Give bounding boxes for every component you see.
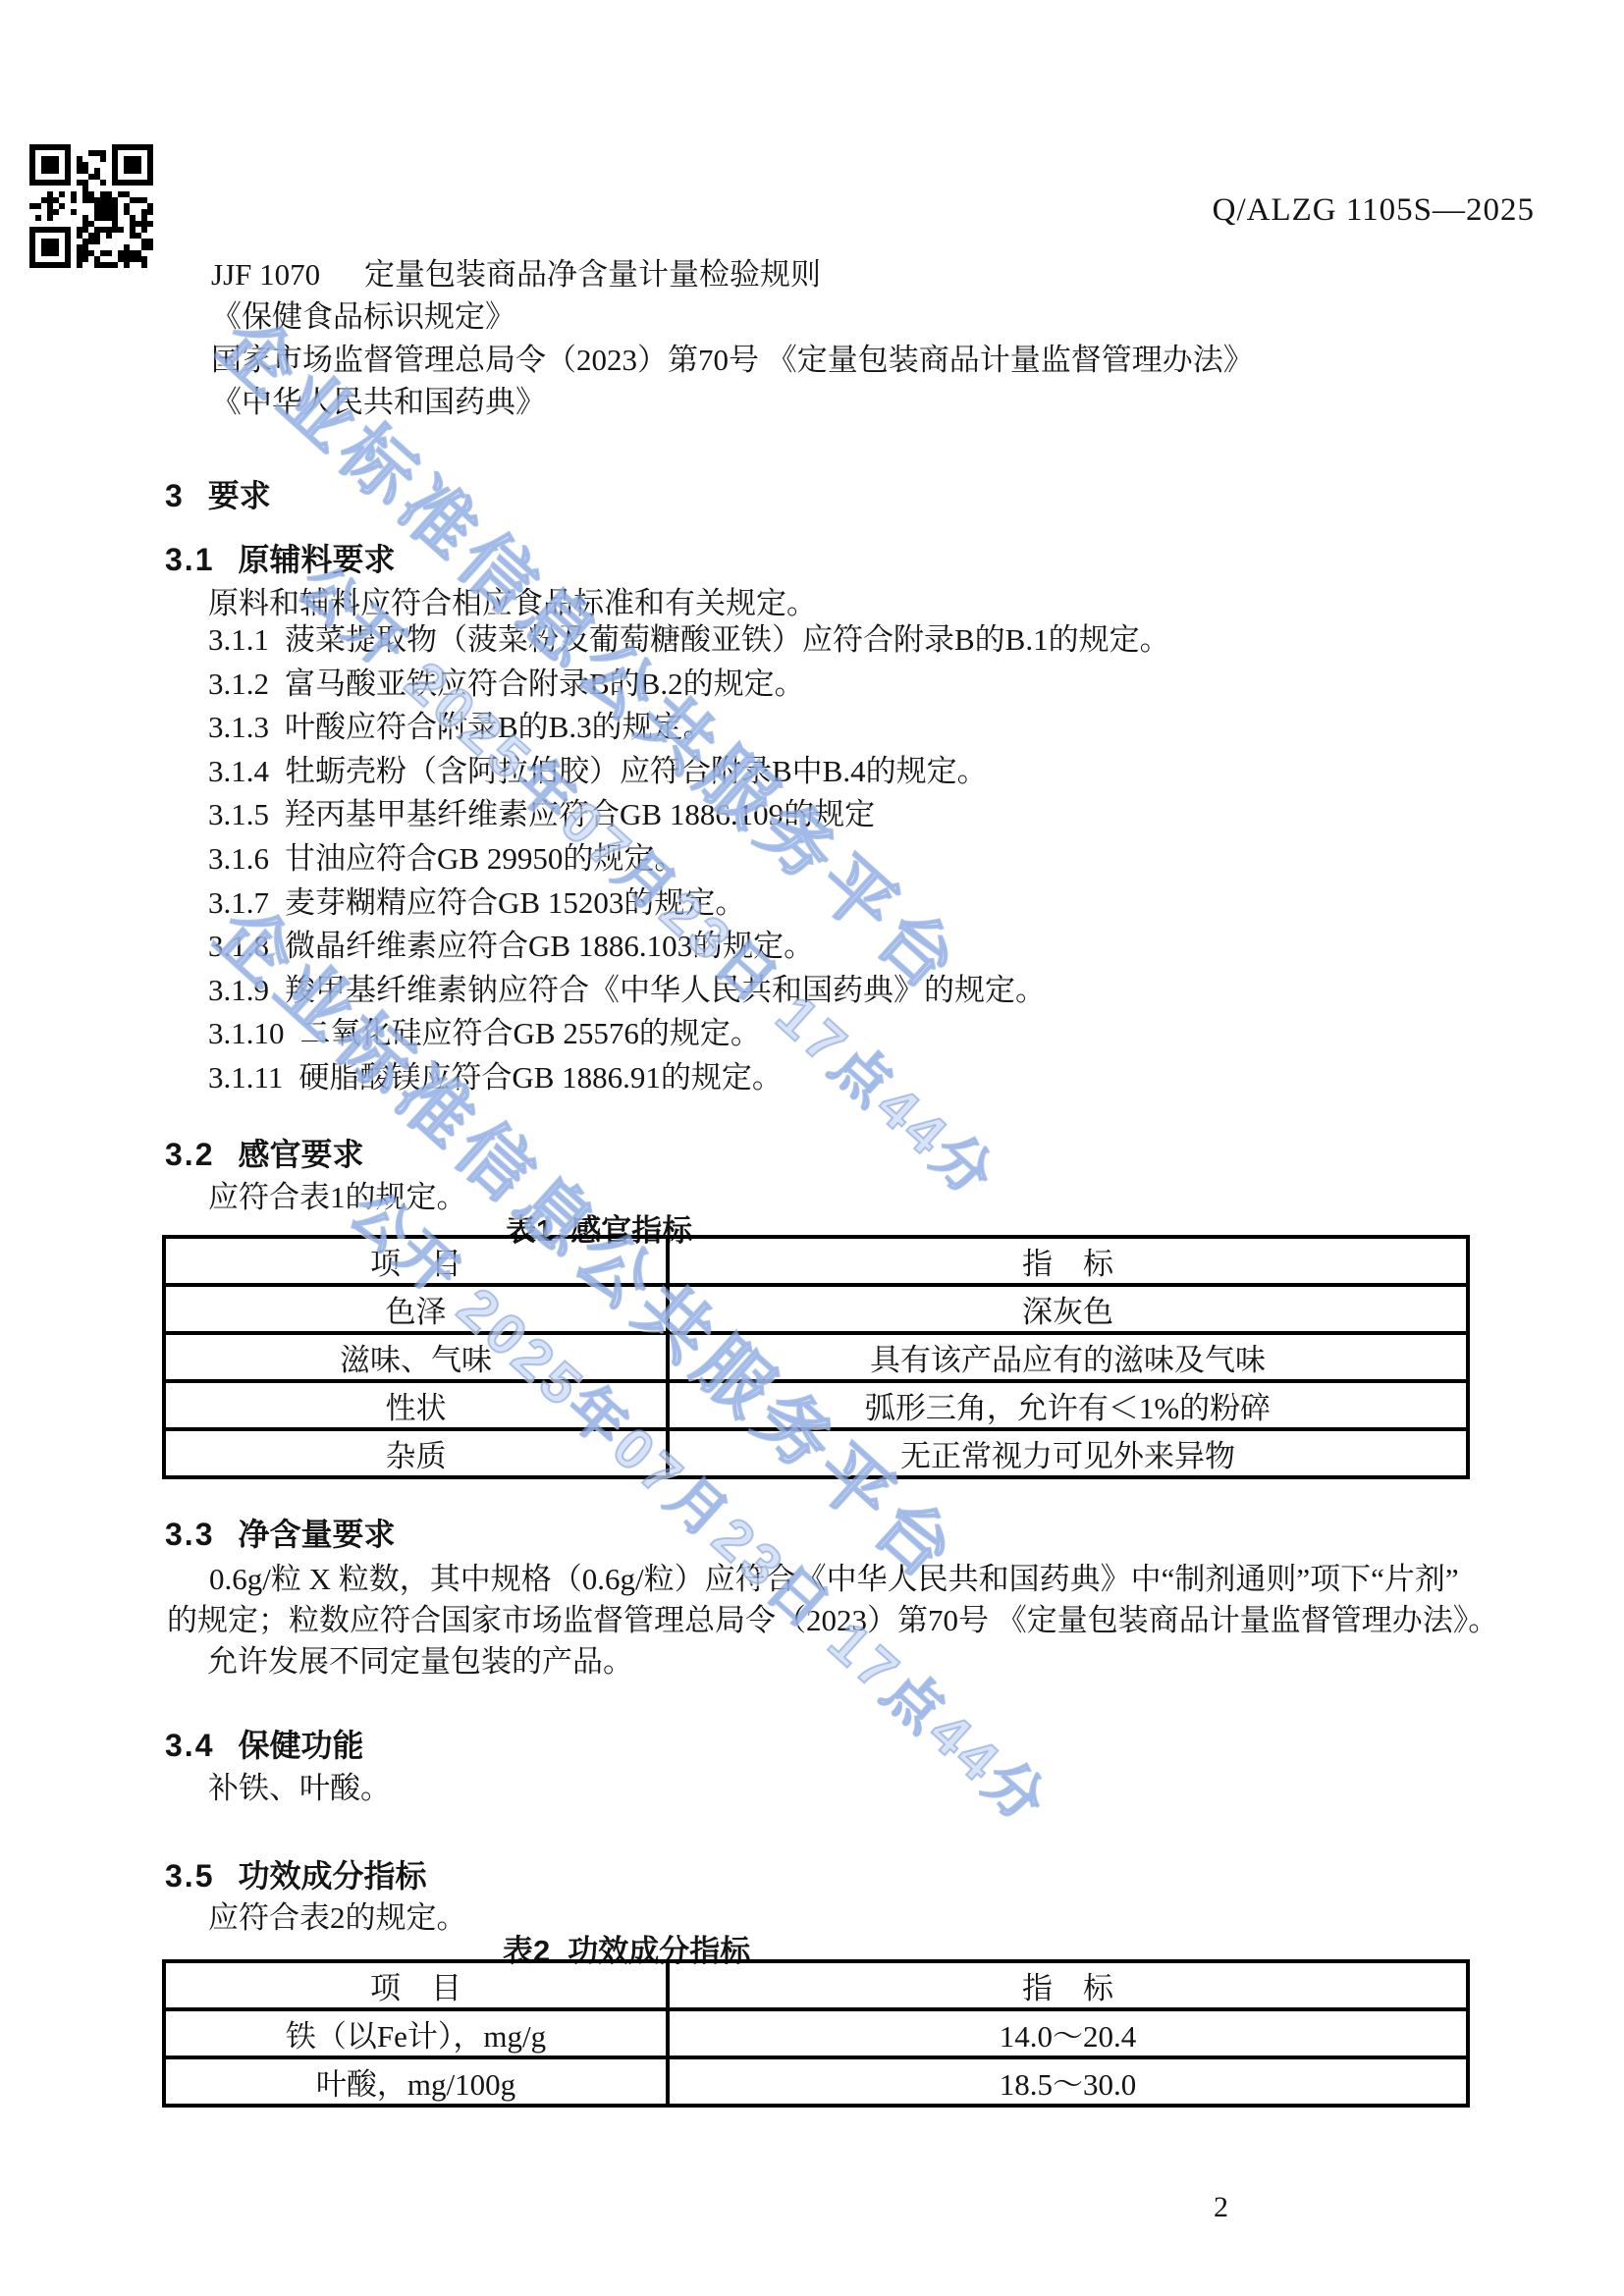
section-3-5-intro: 应符合表2的规定。 [208,1893,467,1937]
table-row: 铁（以Fe计），mg/g 14.0～20.4 [164,2009,1468,2057]
table-header-cell: 项 目 [164,1237,668,1285]
list-item: 3.1.1菠菜提取物（菠菜粉及葡萄糖酸亚铁）应符合附录B的B.1的规定。 [208,618,1170,663]
section-number: 3.5 [165,1858,214,1894]
document-page: Q/ALZG 1105S—2025 JJF 1070定量包装商品净含量计量检验规… [0,0,1624,2296]
section-title: 功效成分指标 [238,1858,426,1894]
page-number: 2 [1214,2191,1228,2224]
list-item: 3.1.2富马酸亚铁应符合附录B的B.2的规定。 [208,663,1170,707]
table-row: 叶酸，mg/100g 18.5～30.0 [164,2057,1468,2106]
section-heading-3-4: 3.4保健功能 [165,1721,364,1766]
section-title: 保健功能 [238,1728,363,1763]
table-row: 杂质 无正常视力可见外来异物 [164,1429,1468,1477]
standard-number: Q/ALZG 1105S—2025 [1080,192,1535,229]
section-heading-3-2: 3.2感官要求 [165,1130,364,1175]
table-header-cell: 项 目 [164,1961,668,2009]
reference-line: 《中华人民共和国药典》 [211,381,1254,423]
section-heading-3-3: 3.3净含量要求 [165,1510,396,1555]
section-title: 感官要求 [238,1137,363,1172]
section-title: 净含量要求 [238,1517,395,1552]
reference-title: 定量包装商品净含量计量检验规则 [364,257,821,292]
list-item: 3.1.10二氧化硅应符合GB 25576的规定。 [208,1012,1170,1056]
list-item: 3.1.3叶酸应符合附录B的B.3的规定。 [208,706,1170,750]
sensory-table: 项 目 指 标 色泽 深灰色 滋味、气味 具有该产品应有的滋味及气味 性状 弧形… [162,1235,1470,1479]
list-item: 3.1.6甘油应符合GB 29950的规定。 [208,837,1170,881]
list-item: 3.1.5羟丙基甲基纤维素应符合GB 1886.109的规定 [208,793,1170,837]
reference-code: JJF 1070 [211,253,364,295]
list-item: 3.1.9羧甲基纤维素钠应符合《中华人民共和国药典》的规定。 [208,969,1170,1013]
section-3-1-intro: 原料和辅料应符合相应食品标准和有关规定。 [208,578,817,622]
list-item: 3.1.4牡蛎壳粉（含阿拉伯胶）应符合附录B中B.4的规定。 [208,750,1170,794]
section-number: 3.4 [165,1728,214,1763]
section-number: 3 [165,478,185,513]
reference-list: JJF 1070定量包装商品净含量计量检验规则 《保健食品标识规定》 国家市场监… [211,253,1254,424]
section-3-4-body: 补铁、叶酸。 [208,1763,391,1807]
raw-material-items: 3.1.1菠菜提取物（菠菜粉及葡萄糖酸亚铁）应符合附录B的B.1的规定。 3.1… [208,618,1170,1100]
table-header-row: 项 目 指 标 [164,1961,1468,2009]
table-row: 色泽 深灰色 [164,1285,1468,1333]
section-3-2-intro: 应符合表1的规定。 [208,1172,467,1216]
table-row: 滋味、气味 具有该产品应有的滋味及气味 [164,1333,1468,1381]
reference-line: 国家市场监督管理总局令（2023）第70号 《定量包装商品计量监督管理办法》 [211,339,1254,381]
list-item: 3.1.8微晶纤维素应符合GB 1886.103的规定。 [208,925,1170,969]
section-title: 要求 [208,478,271,513]
list-item: 3.1.11硬脂酸镁应符合GB 1886.91的规定。 [208,1056,1170,1100]
list-item: 3.1.7麦芽糊精应符合GB 15203的规定。 [208,881,1170,926]
section-3-3-line3: 允许发展不同定量包装的产品。 [207,1636,633,1681]
reference-line: JJF 1070定量包装商品净含量计量检验规则 [211,253,1254,295]
section-title: 原辅料要求 [238,542,395,577]
table-header-cell: 指 标 [668,1237,1468,1285]
section-number: 3.2 [165,1137,214,1172]
section-heading-3-1: 3.1原辅料要求 [165,535,396,580]
table-header-cell: 指 标 [668,1961,1468,2009]
section-heading-3-5: 3.5功效成分指标 [165,1851,427,1896]
section-number: 3.1 [165,542,214,577]
table-header-row: 项 目 指 标 [164,1237,1468,1285]
section-heading-3: 3要求 [165,471,271,516]
section-3-3-line1: 0.6g/粒 X 粒数，其中规格（0.6g/粒）应符合《中华人民共和国药典》中“… [209,1554,1459,1598]
section-number: 3.3 [165,1517,214,1552]
reference-line: 《保健食品标识规定》 [211,295,1254,338]
efficacy-table: 项 目 指 标 铁（以Fe计），mg/g 14.0～20.4 叶酸，mg/100… [162,1959,1470,2108]
section-3-3-line2: 的规定；粒数应符合国家市场监督管理总局令（2023）第70号 《定量包装商品计量… [167,1595,1498,1639]
table-row: 性状 弧形三角，允许有＜1%的粉碎 [164,1381,1468,1429]
qr-code [29,144,153,268]
